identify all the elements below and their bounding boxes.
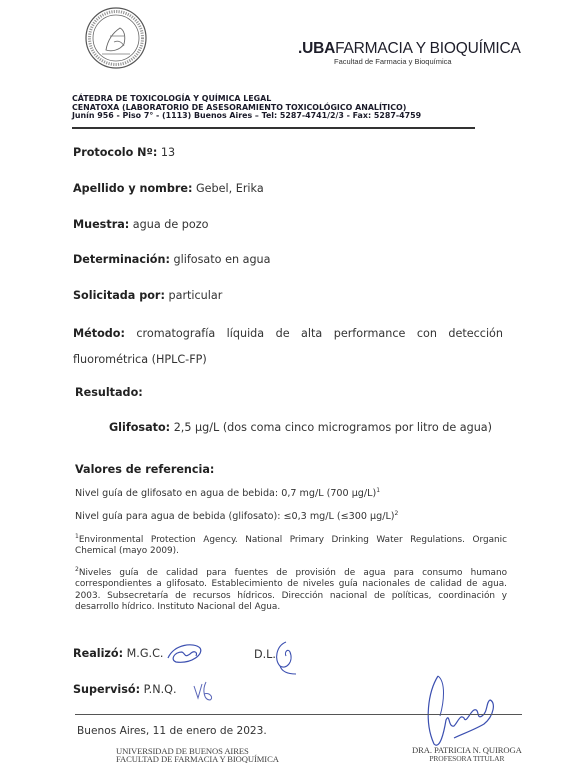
stamp-line: PROFESORA TITULAR — [412, 754, 522, 763]
brand-name: FARMACIA Y BIOQUÍMICA — [335, 40, 521, 57]
signature-pnq — [192, 678, 216, 704]
footer-divider — [75, 714, 522, 715]
realizo-value: M.G.C. — [127, 647, 164, 660]
field-label: Determinación: — [73, 253, 170, 266]
footnote-2: 2Niveles guía de calidad para fuentes de… — [75, 564, 507, 614]
university-seal-logo — [84, 6, 148, 70]
field-label: Apellido y nombre: — [73, 182, 192, 195]
field-value: particular — [168, 289, 222, 302]
institution-header: CÁTEDRA DE TOXICOLOGÍA Y QUÍMICA LEGAL C… — [72, 95, 421, 121]
faculty-brand: .UBAFARMACIA Y BIOQUÍMICA — [298, 40, 521, 58]
field-label: Protocolo Nº: — [73, 146, 157, 159]
field-determinacion: Determinación: glifosato en agua — [73, 253, 271, 266]
result-value: 2,5 µg/L (dos coma cinco microgramos por… — [174, 421, 492, 434]
brand-subtitle: Facultad de Farmacia y Bioquímica — [334, 57, 452, 66]
field-value: glifosato en agua — [174, 253, 271, 266]
reference-line: Nivel guía para agua de bebida (glifosat… — [75, 510, 398, 522]
realizo-label: Realizó: — [73, 647, 123, 660]
realizo-line: Realizó: M.G.C. — [73, 647, 163, 660]
signature-quiroga — [410, 672, 510, 752]
result-glifosato: Glifosato: 2,5 µg/L (dos coma cinco micr… — [109, 421, 492, 434]
stamp-professor: DRA. PATRICIA N. QUIROGA PROFESORA TITUL… — [412, 745, 522, 763]
signature-dl — [272, 640, 298, 676]
header-divider — [72, 127, 475, 129]
superviso-value: P.N.Q. — [144, 683, 177, 696]
field-label: Muestra: — [73, 218, 129, 231]
signature-mgc — [164, 640, 206, 668]
stamp-line: FACULTAD DE FARMACIA Y BIOQUÍMICA — [116, 754, 279, 763]
reference-line: Nivel guía de glifosato en agua de bebid… — [75, 487, 380, 499]
field-value: Gebel, Erika — [196, 182, 264, 195]
footnote-text: Environmental Protection Agency. Nationa… — [75, 535, 507, 557]
field-muestra: Muestra: agua de pozo — [73, 218, 208, 231]
field-protocolo: Protocolo Nº: 13 — [73, 146, 175, 159]
footnote-marker: 2 — [395, 510, 399, 517]
footnote-text: Niveles guía de calidad para fuentes de … — [75, 568, 507, 613]
reference-heading: Valores de referencia: — [75, 463, 214, 476]
result-heading: Resultado: — [75, 386, 143, 399]
institution-line-address: Junín 956 - Piso 7° - (1113) Buenos Aire… — [72, 112, 421, 121]
field-label: Solicitada por: — [73, 289, 165, 302]
reference-text: Nivel guía para agua de bebida (glifosat… — [75, 511, 395, 522]
superviso-line: Supervisó: P.N.Q. — [73, 683, 177, 696]
field-metodo: Método: cromatografía líquida de alta pe… — [73, 321, 503, 373]
stamp-university: UNIVERSIDAD DE BUENOS AIRES FACULTAD DE … — [116, 746, 279, 763]
superviso-label: Supervisó: — [73, 683, 140, 696]
field-value: cromatografía líquida de alta performanc… — [73, 327, 503, 366]
footnote-marker: 1 — [376, 487, 380, 494]
issue-date: Buenos Aires, 11 de enero de 2023. — [77, 725, 267, 737]
brand-prefix: .UBA — [298, 40, 335, 57]
field-nombre: Apellido y nombre: Gebel, Erika — [73, 182, 264, 195]
footnote-1: 1Environmental Protection Agency. Nation… — [75, 531, 507, 558]
field-value: agua de pozo — [133, 218, 209, 231]
result-label: Glifosato: — [109, 421, 170, 434]
field-value: 13 — [161, 146, 175, 159]
field-solicitada: Solicitada por: particular — [73, 289, 222, 302]
field-label: Método: — [73, 327, 125, 340]
reference-text: Nivel guía de glifosato en agua de bebid… — [75, 488, 376, 499]
